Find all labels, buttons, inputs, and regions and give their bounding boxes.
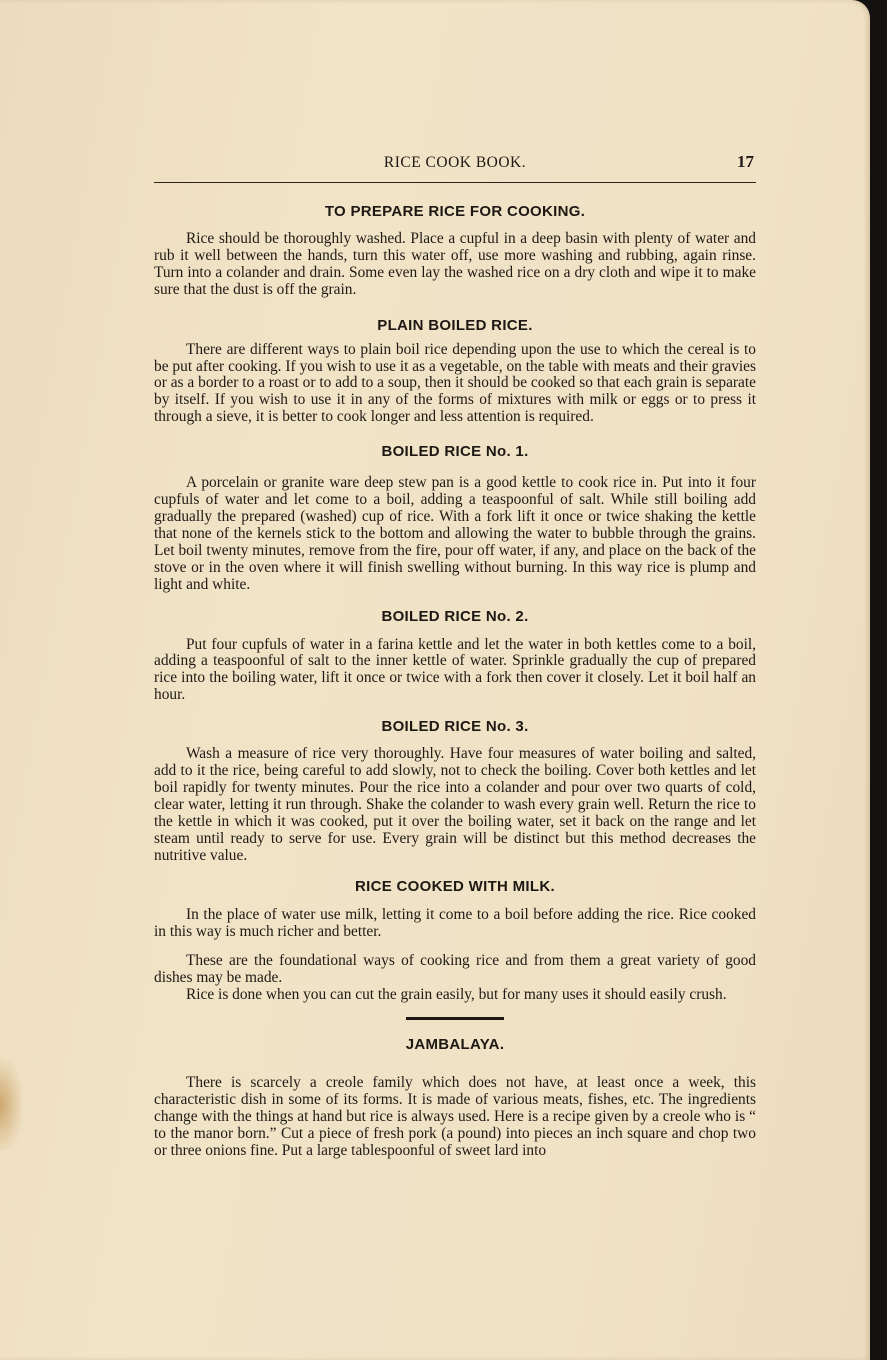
running-title: RICE COOK BOOK.	[154, 154, 756, 172]
section-heading: BOILED RICE No. 2.	[154, 608, 756, 625]
section-jambalaya: JAMBALAYA. There is scarcely a creole fa…	[154, 1036, 756, 1160]
section-boiled-rice-1: BOILED RICE No. 1. A porcelain or granit…	[154, 443, 756, 593]
paragraph: These are the foundational ways of cooki…	[154, 953, 756, 987]
section-prepare-rice: TO PREPARE RICE FOR COOKING. Rice should…	[154, 203, 756, 299]
section-boiled-rice-3: BOILED RICE No. 3. Wash a measure of ric…	[154, 718, 756, 864]
paragraph: Put four cupfuls of water in a farina ke…	[154, 637, 756, 705]
section-heading: BOILED RICE No. 3.	[154, 718, 756, 735]
section-plain-boiled-rice: PLAIN BOILED RICE. There are different w…	[154, 317, 756, 427]
section-rice-cooked-with-milk: RICE COOKED WITH MILK. In the place of w…	[154, 878, 756, 1004]
running-header: RICE COOK BOOK. 17	[154, 146, 756, 183]
paragraph: Rice is done when you can cut the grain …	[154, 987, 756, 1004]
section-heading: JAMBALAYA.	[154, 1036, 756, 1053]
section-divider	[406, 1017, 504, 1020]
page-stain	[0, 1060, 22, 1150]
page-content: RICE COOK BOOK. 17 TO PREPARE RICE FOR C…	[154, 146, 756, 1160]
page-number: 17	[737, 152, 754, 172]
paragraph: There is scarcely a creole family which …	[154, 1075, 756, 1160]
section-heading: PLAIN BOILED RICE.	[154, 317, 756, 334]
section-heading: BOILED RICE No. 1.	[154, 443, 756, 460]
section-heading: TO PREPARE RICE FOR COOKING.	[154, 203, 756, 220]
section-heading: RICE COOKED WITH MILK.	[154, 878, 756, 895]
paragraph: There are different ways to plain boil r…	[154, 342, 756, 427]
paragraph: In the place of water use milk, letting …	[154, 907, 756, 941]
book-page: RICE COOK BOOK. 17 TO PREPARE RICE FOR C…	[0, 0, 870, 1360]
paragraph: Rice should be thoroughly washed. Place …	[154, 231, 756, 299]
paragraph: A porcelain or granite ware deep stew pa…	[154, 475, 756, 593]
section-boiled-rice-2: BOILED RICE No. 2. Put four cupfuls of w…	[154, 608, 756, 705]
paragraph: Wash a measure of rice very thoroughly. …	[154, 746, 756, 864]
